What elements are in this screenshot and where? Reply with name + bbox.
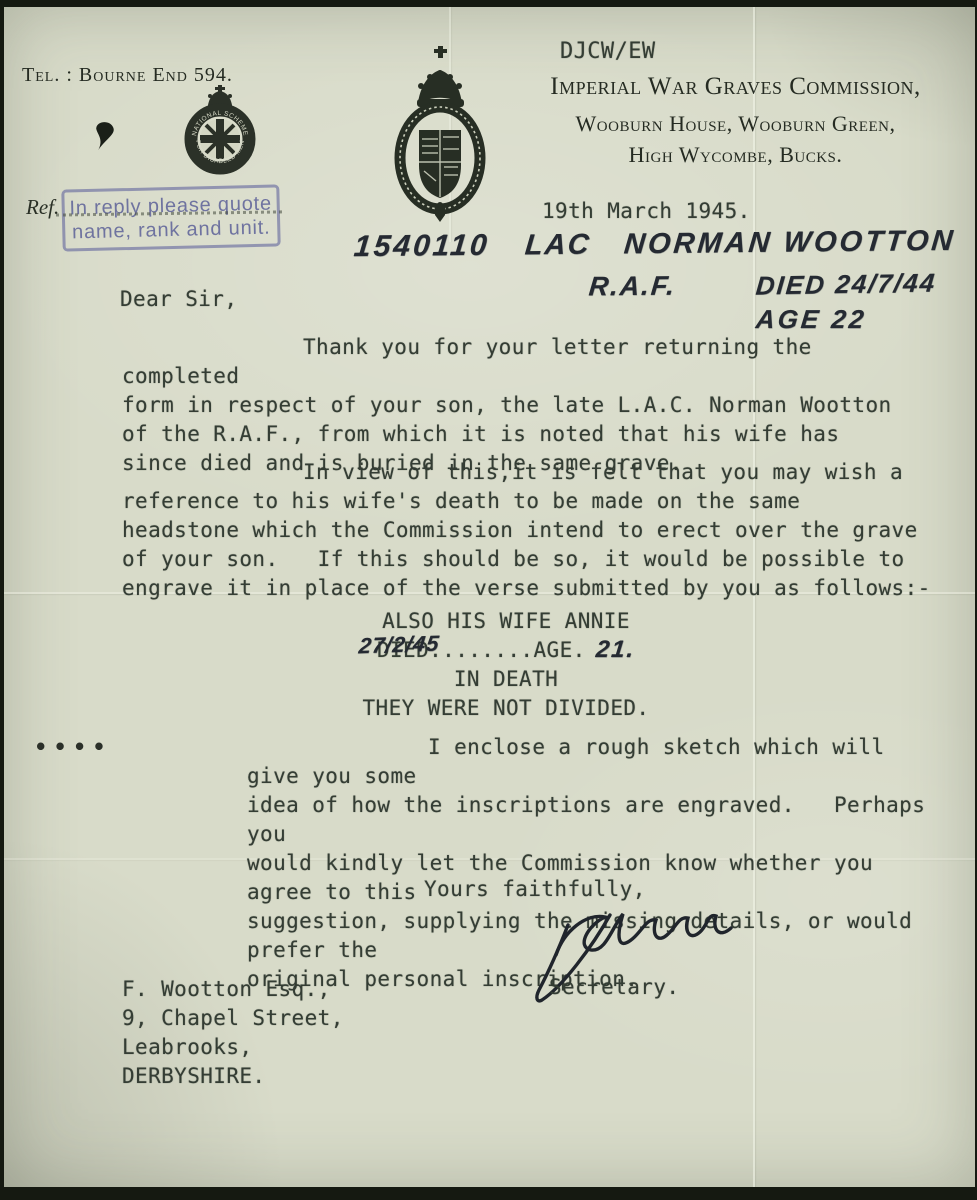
- organization-name: Imperial War Graves Commission,: [492, 73, 977, 101]
- signature-title: Secretary.: [549, 973, 679, 1002]
- inscription-line3: IN DEATH: [291, 665, 721, 694]
- scanned-letter-page: { "colors": { "paper": "#d8dbc9", "typed…: [0, 0, 977, 1200]
- inscription-line4: THEY WERE NOT DIVIDED.: [291, 694, 721, 723]
- letter-date: 19th March 1945.: [542, 197, 751, 226]
- handwritten-unit: R.A.F.: [587, 271, 677, 303]
- inscription-line2: DIED........AGE.21. 27/2/45: [291, 636, 721, 665]
- reference-code: DJCW/EW: [560, 37, 656, 66]
- salutation: Dear Sir,: [120, 285, 237, 314]
- reply-instruction-stamp: In reply please quote name, rank and uni…: [61, 184, 280, 251]
- handwritten-age: AGE 22: [754, 304, 868, 335]
- recipient-line: 9, Chapel Street,: [122, 1004, 344, 1033]
- handwritten-name: NORMAN WOOTTON: [623, 225, 958, 262]
- handwritten-died-date: DIED 24/7/44: [754, 267, 937, 301]
- recipient-line: Leabrooks,: [122, 1033, 344, 1062]
- handwritten-inscription-date: 27/2/45: [357, 631, 440, 660]
- national-scheme-badge-icon: NATIONAL SCHEME FOR DISABLED MEN: [180, 83, 260, 179]
- margin-dots: ••••: [34, 735, 112, 759]
- inscription-line1: ALSO HIS WIFE ANNIE: [291, 607, 721, 636]
- handwritten-rank: LAC: [524, 229, 593, 263]
- letter-paper: Tel. : Bourne End 594. NATIONAL SCHEME F…: [4, 7, 975, 1187]
- inscription-block: ALSO HIS WIFE ANNIE DIED........AGE.21. …: [291, 607, 721, 723]
- stamp-line-2: name, rank and unit.: [65, 215, 278, 244]
- inscription-age-label: AGE.: [533, 638, 585, 662]
- ref-label: Ref.: [26, 195, 59, 220]
- body-paragraph-2: In view of this,it is felt that you may …: [122, 458, 942, 603]
- recipient-address-block: F. Wootton Esq., 9, Chapel Street, Leabr…: [122, 975, 344, 1091]
- organization-address-line1: Wooburn House, Wooburn Green,: [492, 111, 977, 137]
- ink-blot-icon: [89, 117, 120, 158]
- handwritten-service-number: 1540110: [352, 229, 491, 264]
- royal-coat-of-arms-icon: [394, 45, 488, 223]
- recipient-line: F. Wootton Esq.,: [122, 975, 344, 1004]
- organization-address-line2: High Wycombe, Bucks.: [492, 142, 977, 168]
- inscription-dots: ........: [429, 638, 533, 662]
- handwritten-annotation-line1: 1540110 LAC NORMAN WOOTTON: [354, 224, 956, 264]
- recipient-line: DERBYSHIRE.: [122, 1062, 344, 1091]
- body-paragraph-1: Thank you for your letter returning the …: [122, 333, 932, 478]
- handwritten-inscription-age: 21.: [594, 636, 636, 664]
